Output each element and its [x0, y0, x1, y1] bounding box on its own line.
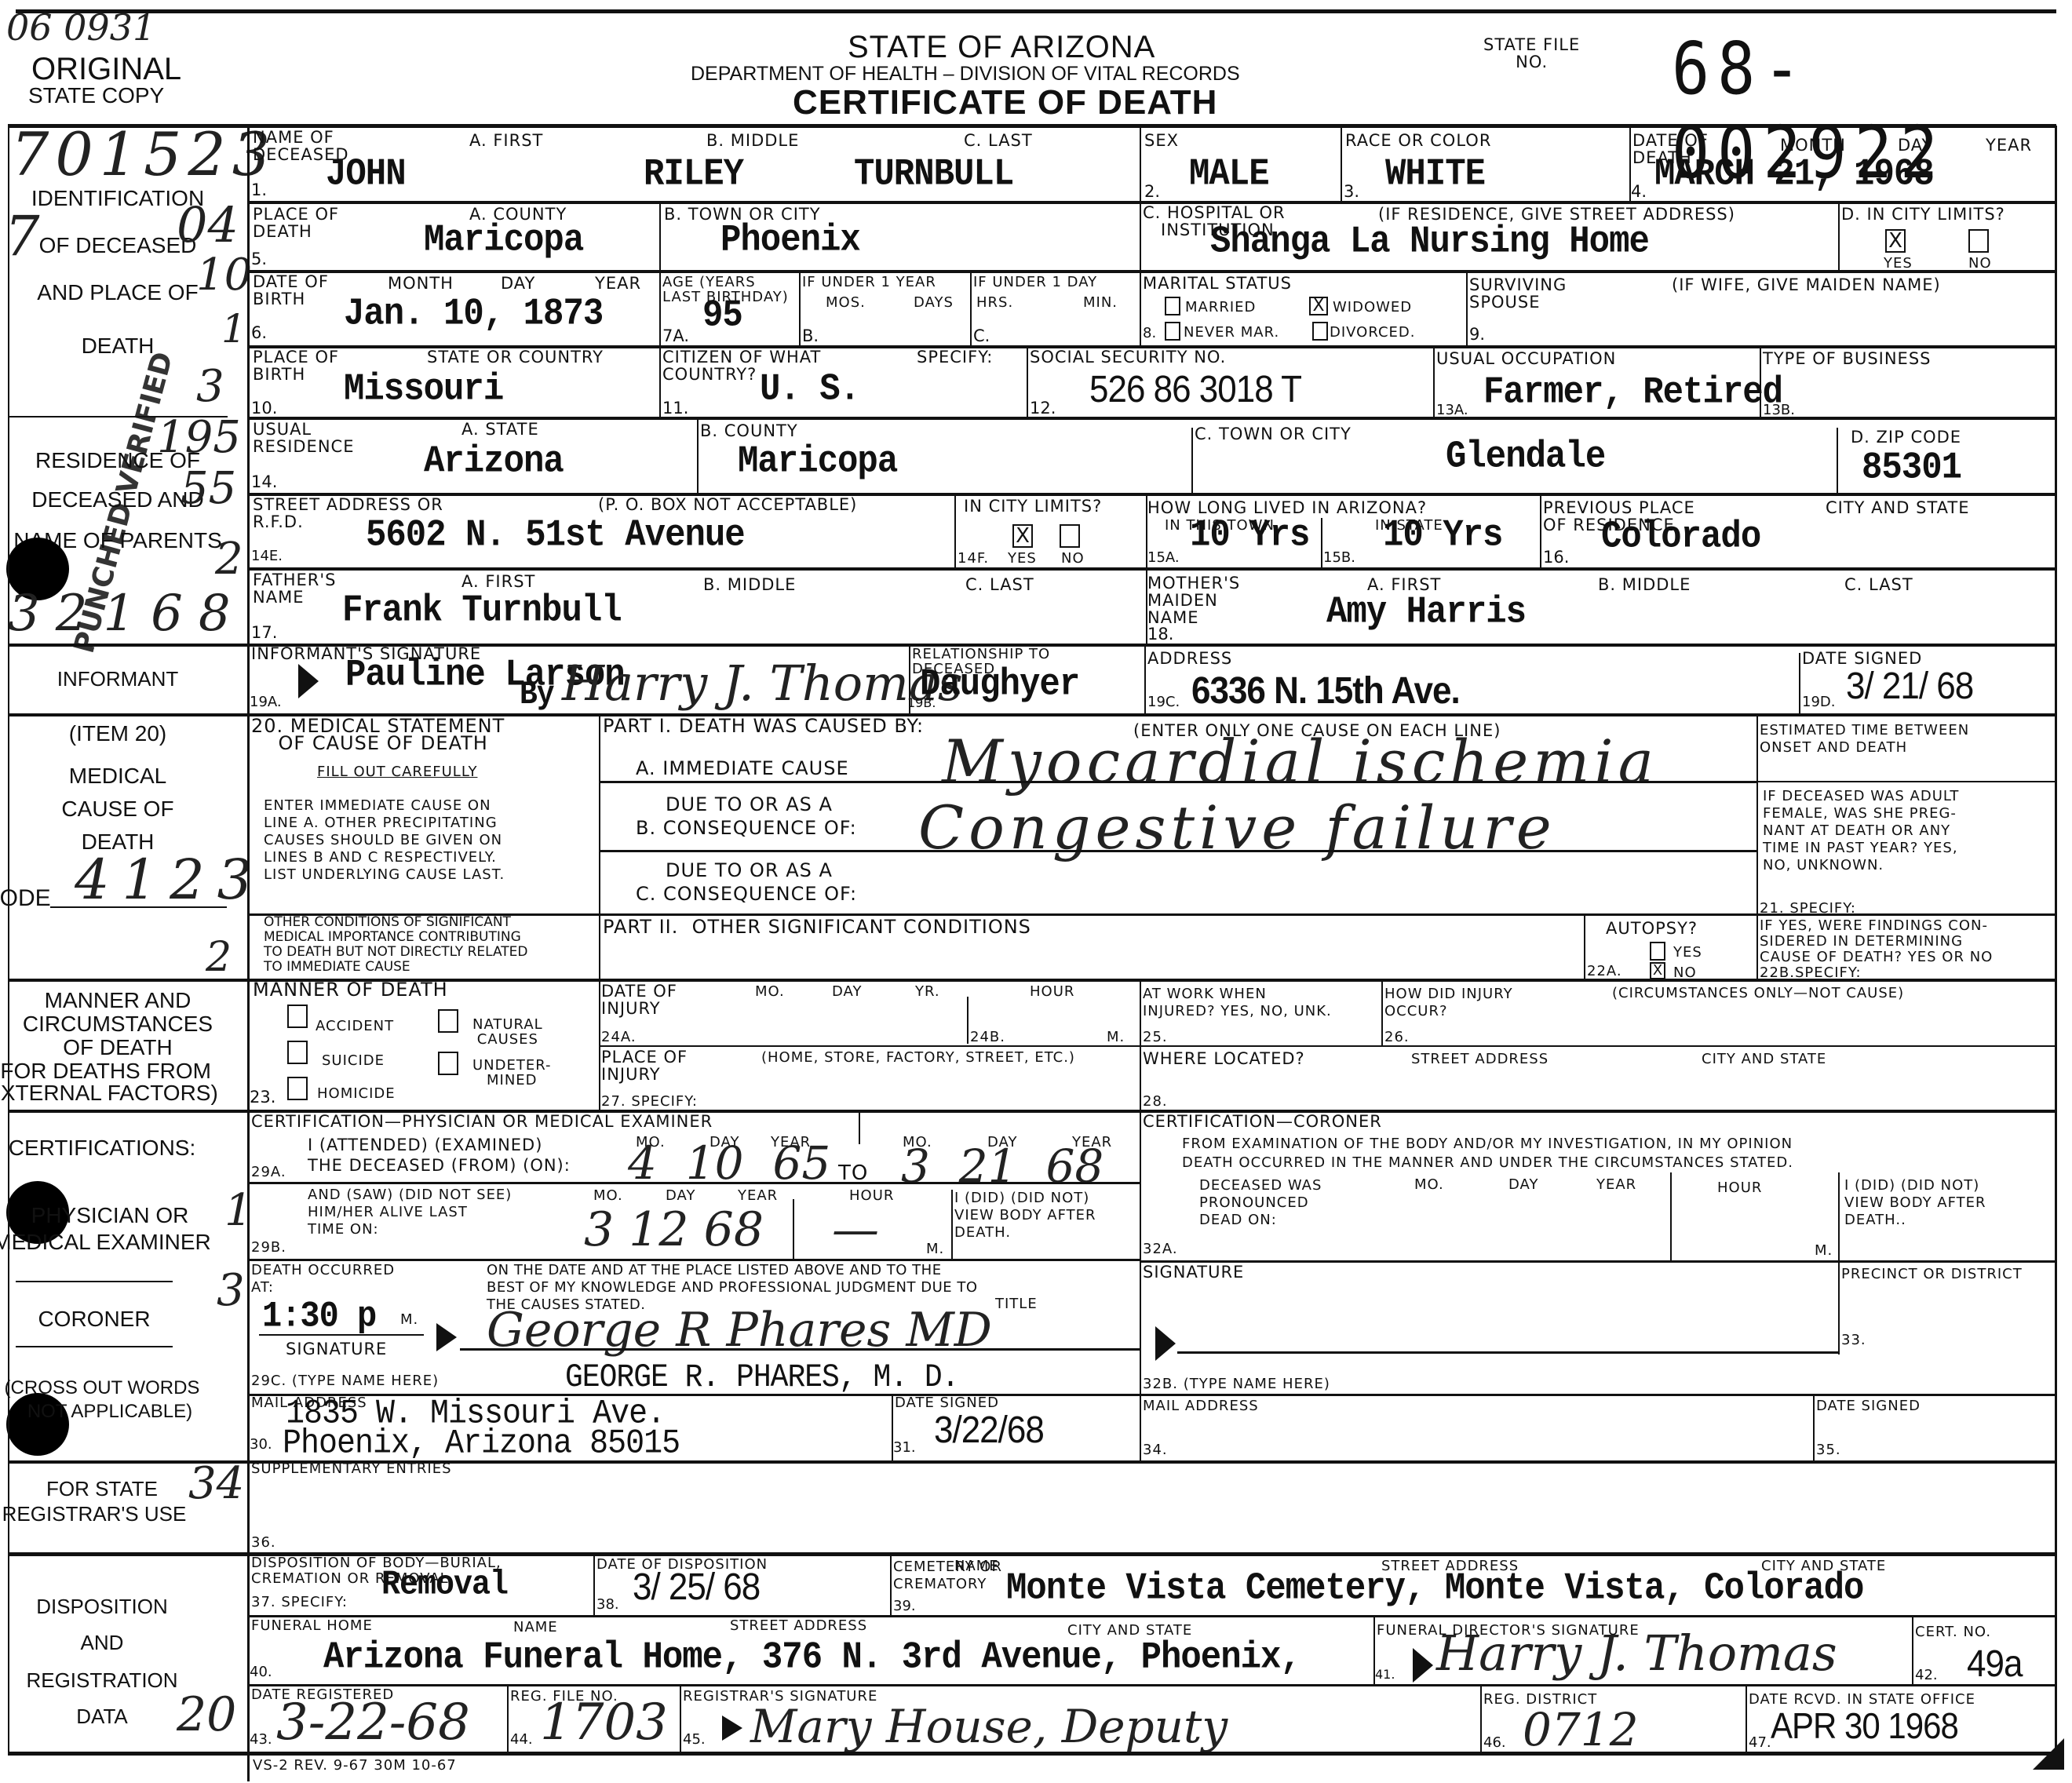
month-label: MONTH — [1780, 137, 1846, 154]
due-to-c-label: DUE TO OR AS A — [666, 862, 833, 879]
homicide-checkbox[interactable] — [287, 1077, 308, 1100]
department-title: DEPARTMENT OF HEALTH – DIVISION OF VITAL… — [691, 63, 1240, 86]
injury-date-label: DATE OF INJURY — [601, 983, 677, 1017]
item-number: 15B. — [1323, 549, 1355, 566]
first-name-label: A. FIRST — [469, 132, 543, 149]
item-number: 38. — [596, 1596, 619, 1613]
no-label: NO — [1968, 256, 1992, 271]
immediate-cause-value[interactable]: Myocardial ischemia — [942, 727, 1658, 797]
state-title: STATE OF ARIZONA — [848, 30, 1155, 65]
margin-number: 7 — [5, 204, 40, 268]
coroner-mail-label: MAIL ADDRESS — [1143, 1398, 1259, 1413]
mother-label: MOTHER'S MAIDEN NAME — [1147, 574, 1240, 626]
how-injury-label: HOW DID INJURY OCCUR? — [1384, 986, 1513, 1020]
previous-residence-value[interactable]: Colorado — [1601, 516, 1760, 559]
item-number: 29A. — [251, 1165, 286, 1180]
marital-status-label: MARITAL STATUS — [1143, 275, 1292, 292]
signature-arrow-icon — [1413, 1648, 1433, 1683]
cert-no-label: CERT. NO. — [1915, 1624, 1991, 1639]
due-to-b-label: DUE TO OR AS A — [666, 796, 833, 813]
father-last-label: C. LAST — [965, 576, 1034, 593]
citizen-specify-label: SPECIFY: — [917, 348, 993, 366]
item-number: 33. — [1841, 1333, 1866, 1347]
item-number: 19A. — [250, 694, 282, 710]
item-number: 9. — [1469, 325, 1485, 344]
suicide-checkbox[interactable] — [287, 1041, 308, 1064]
item-number: 18. — [1147, 625, 1173, 644]
medical-statement-label: 20. MEDICAL STATEMENT OF CAUSE OF DEATH — [251, 717, 505, 752]
widowed-checkbox[interactable]: X — [1309, 297, 1328, 315]
physician-signature-label: SIGNATURE — [286, 1340, 387, 1358]
item-number: 16. — [1543, 548, 1569, 567]
item-number: C. — [973, 326, 990, 345]
saw-mo-label: MO. — [593, 1188, 623, 1203]
funeral-home-label: FUNERAL HOME — [251, 1618, 373, 1633]
death-county-value[interactable]: Maricopa — [424, 219, 583, 262]
death-city-value[interactable]: Phoenix — [720, 219, 860, 262]
at-work-label: AT WORK WHEN INJURED? YES, NO, UNK. — [1143, 986, 1332, 1020]
father-middle-label: B. MIDDLE — [703, 576, 796, 593]
item-number: 19C. — [1147, 694, 1180, 710]
informant-address-label: ADDRESS — [1147, 650, 1232, 667]
item-number: 44. — [510, 1731, 533, 1748]
margin-mark: 20 — [177, 1687, 236, 1742]
item-number: 14. — [251, 472, 277, 491]
informant-by-label: By — [520, 676, 554, 713]
divorced-checkbox[interactable] — [1312, 322, 1328, 341]
sex-value[interactable]: MALE — [1189, 153, 1269, 196]
part2-label: PART II. OTHER SIGNIFICANT CONDITIONS — [603, 918, 1031, 935]
informant-signature-value: Harry J. Thomas — [562, 654, 963, 712]
item-number: 27. SPECIFY: — [601, 1094, 698, 1109]
previous-city-state-label: CITY AND STATE — [1826, 499, 1969, 516]
margin-number: 04 — [177, 196, 239, 253]
street-in-city-label: IN CITY LIMITS? — [964, 498, 1102, 515]
form-number: VS-2 REV. 9-67 30M 10-67 — [253, 1758, 457, 1773]
side-label-and: AND — [0, 1629, 220, 1656]
disposition-specify-label: 37. SPECIFY: — [251, 1595, 348, 1610]
under-day-label: IF UNDER 1 DAY — [973, 275, 1097, 290]
coroner-view-label: I (DID) (DID NOT) VIEW BODY AFTER DEATH.… — [1844, 1177, 1986, 1229]
how-injury-note: (CIRCUMSTANCES ONLY—NOT CAUSE) — [1612, 986, 1904, 1001]
side-label-disposition: DISPOSITION — [0, 1593, 220, 1620]
supplementary-value[interactable] — [283, 1483, 2009, 1530]
item-number: 12. — [1030, 399, 1056, 417]
item-number: 10. — [251, 399, 277, 417]
margin-mark: 34 — [188, 1458, 244, 1509]
copy-type: ORIGINAL — [31, 52, 181, 87]
pronounced-day-label: DAY — [1508, 1177, 1538, 1192]
ssn-label: SOCIAL SECURITY NO. — [1030, 348, 1226, 366]
date-of-death-value[interactable]: MARCH 21, 1968 — [1654, 153, 1934, 196]
funeral-home-value[interactable]: Arizona Funeral Home, 376 N. 3rd Avenue,… — [323, 1636, 1300, 1679]
occupation-value[interactable]: Farmer, Retired — [1483, 371, 1782, 414]
side-label-manner-and: MANNER AND — [0, 987, 235, 1014]
side-label-death: DEATH — [0, 333, 235, 359]
where-street-label: STREET ADDRESS — [1411, 1052, 1549, 1067]
days-label: DAYS — [914, 295, 954, 310]
death-occurred-label: DEATH OCCURRED AT: — [251, 1262, 395, 1296]
birth-date-label: DATE OF BIRTH — [253, 273, 329, 308]
view-body-label: I (DID) (DID NOT) VIEW BODY AFTER DEATH. — [954, 1190, 1096, 1242]
side-label-physician-or: PHYSICIAN OR — [0, 1202, 228, 1229]
saw-day-label: DAY — [666, 1188, 695, 1203]
side-label-medical-examiner: MEDICAL EXAMINER — [0, 1229, 220, 1256]
item-number: 26. — [1384, 1030, 1410, 1045]
reg-file-value[interactable]: 1703 — [540, 1694, 668, 1752]
form-title: CERTIFICATE OF DEATH — [793, 83, 1217, 122]
street-value[interactable]: 5602 N. 51st Avenue — [366, 514, 745, 557]
item-number: 40. — [250, 1664, 272, 1680]
age-value[interactable]: 95 — [702, 294, 742, 337]
side-label-registrars-use: REGISTRAR'S USE — [0, 1500, 212, 1527]
middle-name-value[interactable]: RILEY — [644, 153, 743, 196]
side-label-for-state: FOR STATE — [0, 1475, 220, 1502]
yes-label: YES — [1884, 256, 1913, 271]
line-a-label: A. IMMEDIATE CAUSE — [636, 760, 849, 777]
margin-mark: 3 — [217, 1265, 245, 1316]
in-city-yes-checkbox[interactable]: X — [1885, 229, 1906, 253]
item-number: 7A. — [662, 326, 689, 345]
side-label-of-death: OF DEATH — [0, 1034, 235, 1061]
widowed-label: WIDOWED — [1333, 300, 1412, 315]
item-number: 36. — [251, 1535, 276, 1550]
birth-date-value[interactable]: Jan. 10, 1873 — [344, 293, 603, 336]
physician-typed-name[interactable]: GEORGE R. PHARES, M. D. — [565, 1359, 959, 1396]
in-city-limits-label: D. IN CITY LIMITS? — [1841, 206, 2005, 223]
autopsy-label: AUTOPSY? — [1606, 920, 1698, 937]
autopsy-yes-label: YES — [1673, 945, 1702, 960]
physician-date-signed-value[interactable]: 3/22/68 — [934, 1409, 1044, 1452]
pronounced-year-label: YEAR — [1596, 1177, 1636, 1192]
saw-year-label: YEAR — [738, 1188, 778, 1203]
attended-label: I (ATTENDED) (EXAMINED) — [308, 1136, 542, 1154]
physician-mail-line2[interactable]: Phoenix, Arizona 85015 — [283, 1425, 680, 1464]
never-married-checkbox[interactable] — [1165, 322, 1180, 341]
birth-month-label: MONTH — [388, 275, 454, 292]
cemetery-value[interactable]: Monte Vista Cemetery, Monte Vista, Color… — [1006, 1567, 1863, 1610]
item-number: 39. — [893, 1598, 916, 1614]
citizen-value[interactable]: U. S. — [760, 368, 859, 411]
under-year-label: IF UNDER 1 YEAR — [802, 275, 936, 290]
relationship-value[interactable]: Daughyer — [920, 663, 1079, 706]
state-file-label: STATE FILE NO. — [1483, 36, 1580, 71]
item-number: 24B. — [970, 1030, 1005, 1045]
zip-label: D. ZIP CODE — [1851, 428, 1961, 446]
coroner-statement: FROM EXAMINATION OF THE BODY AND/OR MY I… — [1182, 1135, 1793, 1172]
in-city-no-checkbox[interactable] — [1968, 229, 1989, 253]
type-name-label: 29C. (TYPE NAME HERE) — [251, 1373, 439, 1388]
physician-certification-label: CERTIFICATION—PHYSICIAN OR MEDICAL EXAMI… — [251, 1113, 713, 1130]
residence-city-label: C. TOWN OR CITY — [1195, 425, 1352, 443]
reg-district-value[interactable]: 0712 — [1523, 1703, 1639, 1756]
date-received-label: DATE RCVD. IN STATE OFFICE — [1749, 1692, 1975, 1707]
cemetery-name-label: NAME — [954, 1559, 999, 1573]
fill-out-carefully-label: FILL OUT CAREFULLY — [317, 764, 477, 779]
am-pm-label: M. — [1815, 1243, 1833, 1258]
saw-hour-label: HOUR — [849, 1188, 894, 1203]
attended-to-date[interactable]: 3 21 68 — [901, 1139, 1103, 1193]
item-number: 17. — [251, 623, 277, 642]
medical-instructions: ENTER IMMEDIATE CAUSE ON LINE A. OTHER P… — [264, 797, 505, 884]
findings-label: IF YES, WERE FINDINGS CON- SIDERED IN DE… — [1760, 918, 1993, 965]
title-label: TITLE — [995, 1296, 1038, 1311]
side-label-cause-of: CAUSE OF — [0, 796, 235, 822]
saw-alive-label: AND (SAW) (DID NOT SEE) HIM/HER ALIVE LA… — [308, 1187, 512, 1238]
consequence-c-value[interactable] — [918, 863, 1703, 902]
item-number: 46. — [1483, 1734, 1506, 1751]
item-number: 3. — [1344, 182, 1359, 201]
father-name-value[interactable]: Frank Turnbull — [342, 589, 622, 633]
accident-label: ACCIDENT — [316, 1019, 394, 1034]
street-note: (P. O. BOX NOT ACCEPTABLE) — [598, 496, 857, 513]
disposition-date-value[interactable]: 3/ 25/ 68 — [633, 1566, 760, 1609]
side-label-coroner: CORONER — [0, 1306, 212, 1333]
item-number: 8. — [1143, 325, 1156, 341]
coroner-certification-label: CERTIFICATION—CORONER — [1143, 1113, 1382, 1130]
sex-label: SEX — [1144, 132, 1179, 149]
margin-number: 195 — [157, 412, 241, 463]
item-number: 41. — [1375, 1667, 1395, 1682]
injury-mo-label: MO. — [755, 984, 785, 999]
residence-state-label: A. STATE — [461, 421, 539, 438]
part1-label: PART I. DEATH WAS CAUSED BY: — [603, 717, 924, 735]
side-label-external-factors: EXTERNAL FACTORS) — [0, 1080, 220, 1107]
margin-number: 3 — [196, 361, 224, 412]
place-of-injury-label: PLACE OF INJURY — [601, 1048, 688, 1083]
saw-alive-date[interactable]: 3 12 68 — [584, 1202, 764, 1257]
item-number: 22A. — [1587, 964, 1622, 979]
item-number: 43. — [250, 1731, 272, 1748]
married-label: MARRIED — [1185, 300, 1256, 315]
side-label-informant: INFORMANT — [0, 665, 235, 692]
natural-causes-checkbox[interactable] — [438, 1009, 458, 1033]
am-pm-label: M. — [1107, 1030, 1125, 1045]
am-pm-label: M. — [926, 1242, 944, 1256]
handwritten-date: 32168 — [8, 585, 246, 643]
item-number: 19D. — [1802, 694, 1836, 710]
birth-day-label: DAY — [501, 275, 535, 292]
margin-number: 55 — [181, 463, 236, 514]
residence-county-value[interactable]: Maricopa — [738, 440, 897, 483]
supplementary-label: SUPPLEMENTARY ENTRIES — [251, 1461, 452, 1476]
residence-label: USUAL RESIDENCE — [253, 421, 354, 455]
autopsy-yes-checkbox[interactable] — [1650, 942, 1665, 961]
item-number: 32A. — [1143, 1242, 1178, 1256]
item-number: 1. — [251, 180, 267, 199]
injury-hour-label: HOUR — [1030, 984, 1074, 999]
where-city-label: CITY AND STATE — [1702, 1052, 1826, 1067]
signature-arrow-icon — [298, 664, 319, 698]
funeral-director-signature-value: Harry J. Thomas — [1436, 1624, 1837, 1682]
item-number: 23. — [250, 1088, 275, 1107]
line-b-label: B. CONSEQUENCE OF: — [636, 819, 857, 837]
side-label-item20: (ITEM 20) — [0, 720, 235, 747]
item-number: 28. — [1143, 1094, 1168, 1109]
lived-state-value[interactable]: 10 Yrs — [1383, 514, 1502, 557]
zip-value[interactable]: 85301 — [1862, 447, 1961, 490]
item-number: 14F. — [958, 551, 989, 566]
spouse-label: SURVIVING SPOUSE — [1469, 276, 1567, 311]
corner-mark — [2033, 1738, 2064, 1770]
item-number: 2. — [1144, 182, 1160, 201]
last-name-label: C. LAST — [964, 132, 1033, 149]
signature-arrow-icon — [1155, 1326, 1176, 1361]
item-number: 47. — [1749, 1734, 1771, 1751]
residence-state-value[interactable]: Arizona — [424, 440, 564, 483]
autopsy-no-checkbox[interactable]: X — [1650, 962, 1665, 979]
injury-day-label: DAY — [832, 984, 862, 999]
mos-label: MOS. — [826, 295, 866, 310]
to-label: TO — [838, 1165, 868, 1182]
item-number: 24A. — [601, 1030, 637, 1045]
am-pm-label: M. — [400, 1312, 418, 1327]
accident-checkbox[interactable] — [287, 1005, 308, 1028]
signature-arrow-icon — [436, 1323, 457, 1351]
pregnancy-question-label: IF DECEASED WAS ADULT FEMALE, WAS SHE PR… — [1763, 788, 1959, 874]
side-label-circumstances: CIRCUMSTANCES — [0, 1011, 235, 1037]
item-number: 35. — [1816, 1442, 1841, 1457]
middle-name-label: B. MIDDLE — [706, 132, 799, 149]
undetermined-checkbox[interactable] — [438, 1052, 458, 1075]
line-c-label: C. CONSEQUENCE OF: — [636, 885, 857, 902]
item-number: B. — [802, 326, 819, 345]
item-number: 45. — [683, 1731, 706, 1748]
ssn-value[interactable]: 526 86 3018 T — [1089, 368, 1301, 411]
pronounced-hour-label: HOUR — [1717, 1180, 1762, 1195]
margin-number: 2 — [215, 534, 243, 585]
item-number: 31. — [893, 1439, 916, 1456]
item-number: 5. — [251, 250, 267, 268]
street-in-city-yes-checkbox[interactable]: X — [1012, 524, 1033, 548]
lived-town-value[interactable]: 10 Yrs — [1190, 514, 1309, 557]
disposition-value[interactable]: Removal — [381, 1566, 508, 1606]
item-number: 29B. — [251, 1240, 286, 1255]
street-in-city-no-checkbox[interactable] — [1060, 524, 1080, 548]
item-number: 42. — [1915, 1667, 1938, 1683]
place-of-death-label: PLACE OF DEATH — [253, 206, 339, 240]
funeral-home-street-label: STREET ADDRESS — [730, 1618, 867, 1633]
funeral-home-name-label: NAME — [513, 1620, 558, 1635]
suicide-label: SUICIDE — [322, 1053, 385, 1068]
date-registered-value[interactable]: 3-22-68 — [276, 1694, 470, 1752]
no-label: NO — [1061, 551, 1085, 566]
side-label-medical: MEDICAL — [0, 763, 235, 789]
min-label: MIN. — [1083, 295, 1118, 310]
item-number: 14E. — [251, 548, 283, 564]
code-value: 4123 — [75, 848, 264, 912]
race-label: RACE OR COLOR — [1345, 132, 1491, 149]
copy-subtitle: STATE COPY — [28, 83, 164, 108]
residence-city-value[interactable]: Glendale — [1446, 436, 1605, 479]
side-label-not-applicable: NOT APPLICABLE) — [0, 1398, 228, 1425]
hospital-value[interactable]: Shanga La Nursing Home — [1210, 221, 1649, 264]
birthplace-label: PLACE OF BIRTH — [253, 348, 339, 383]
yes-label: YES — [1008, 551, 1037, 566]
saw-alive-hour[interactable]: — — [832, 1202, 879, 1257]
signature-arrow-icon — [722, 1716, 742, 1741]
death-occurred-time[interactable]: 1:30 p — [262, 1296, 376, 1337]
mother-name-value[interactable]: Amy Harris — [1326, 591, 1526, 634]
divorced-label: DIVORCED. — [1330, 325, 1415, 340]
spouse-value[interactable] — [1538, 311, 2009, 339]
item-number: 25. — [1143, 1030, 1168, 1045]
spouse-note: (IF WIFE, GIVE MAIDEN NAME) — [1672, 276, 1941, 294]
registrar-signature-value: Mary House, Deputy — [750, 1700, 1228, 1753]
race-value[interactable]: WHITE — [1385, 153, 1485, 196]
father-first-label: A. FIRST — [461, 573, 535, 590]
deceased-from-label: THE DECEASED (FROM) (ON): — [308, 1157, 571, 1174]
margin-number: 10 — [196, 250, 252, 301]
undetermined-label: UNDETER- MINED — [472, 1058, 552, 1088]
cert-no-value[interactable]: 49a — [1967, 1643, 2022, 1686]
side-label-certifications: CERTIFICATIONS: — [0, 1135, 220, 1161]
homicide-label: HOMICIDE — [317, 1086, 396, 1101]
item-number: 34. — [1143, 1442, 1168, 1457]
year-label: YEAR — [1986, 137, 2032, 154]
day-label: DAY — [1898, 137, 1932, 154]
birthplace-value[interactable]: Missouri — [344, 368, 503, 411]
married-checkbox[interactable] — [1165, 297, 1180, 315]
precinct-label: PRECINCT OR DISTRICT — [1841, 1267, 2023, 1282]
item-number: 13B. — [1763, 402, 1795, 418]
handwritten-ref-number: 06 0931 — [6, 6, 155, 49]
pronounced-label: DECEASED WAS PRONOUNCED DEAD ON: — [1199, 1177, 1322, 1229]
birthplace-sub-label: STATE OR COUNTRY — [427, 348, 604, 366]
hrs-label: HRS. — [976, 295, 1013, 310]
margin-number: 1 — [221, 306, 246, 352]
place-of-injury-note: (HOME, STORE, FACTORY, STREET, ETC.) — [761, 1050, 1075, 1065]
item-number: 11. — [662, 399, 688, 417]
business-label: TYPE OF BUSINESS — [1763, 350, 1932, 367]
item-number: 6. — [251, 323, 267, 342]
other-conditions-label: OTHER CONDITIONS OF SIGNIFICANT MEDICAL … — [264, 915, 528, 975]
residence-county-label: B. COUNTY — [700, 422, 798, 439]
item-number: 15A. — [1147, 549, 1180, 566]
pronounced-mo-label: MO. — [1414, 1177, 1444, 1192]
occupation-label: USUAL OCCUPATION — [1436, 350, 1616, 367]
interval-label: ESTIMATED TIME BETWEEN ONSET AND DEATH — [1760, 722, 1969, 757]
coroner-date-signed-label: DATE SIGNED — [1816, 1398, 1921, 1413]
coroner-type-name-label: 32B. (TYPE NAME HERE) — [1143, 1376, 1330, 1391]
item-number: 30. — [250, 1436, 272, 1453]
coroner-signature-label: SIGNATURE — [1143, 1263, 1244, 1281]
where-located-label: WHERE LOCATED? — [1143, 1050, 1305, 1067]
item-number: 4. — [1631, 182, 1647, 201]
first-name-value[interactable]: JOHN — [326, 153, 406, 196]
date-received-value[interactable]: APR 30 1968 — [1771, 1705, 1958, 1747]
mother-last-label: C. LAST — [1844, 576, 1913, 593]
identification-number: 701523 — [11, 119, 276, 189]
never-married-label: NEVER MAR. — [1184, 325, 1279, 340]
informant-address-value[interactable]: 6336 N. 15th Ave. — [1191, 669, 1460, 713]
mother-middle-label: B. MIDDLE — [1598, 576, 1691, 593]
code-mark: 2 — [206, 934, 232, 981]
birth-year-label: YEAR — [595, 275, 641, 292]
natural-causes-label: NATURAL CAUSES — [472, 1017, 543, 1047]
father-label: FATHER'S NAME — [253, 571, 336, 606]
injury-yr-label: YR. — [915, 984, 940, 999]
informant-date-value[interactable]: 3/ 21/ 68 — [1846, 665, 1973, 708]
item-number: 13A. — [1436, 402, 1468, 418]
last-name-value[interactable]: TURNBULL — [854, 153, 1013, 196]
manner-of-death-label: MANNER OF DEATH — [253, 981, 448, 998]
